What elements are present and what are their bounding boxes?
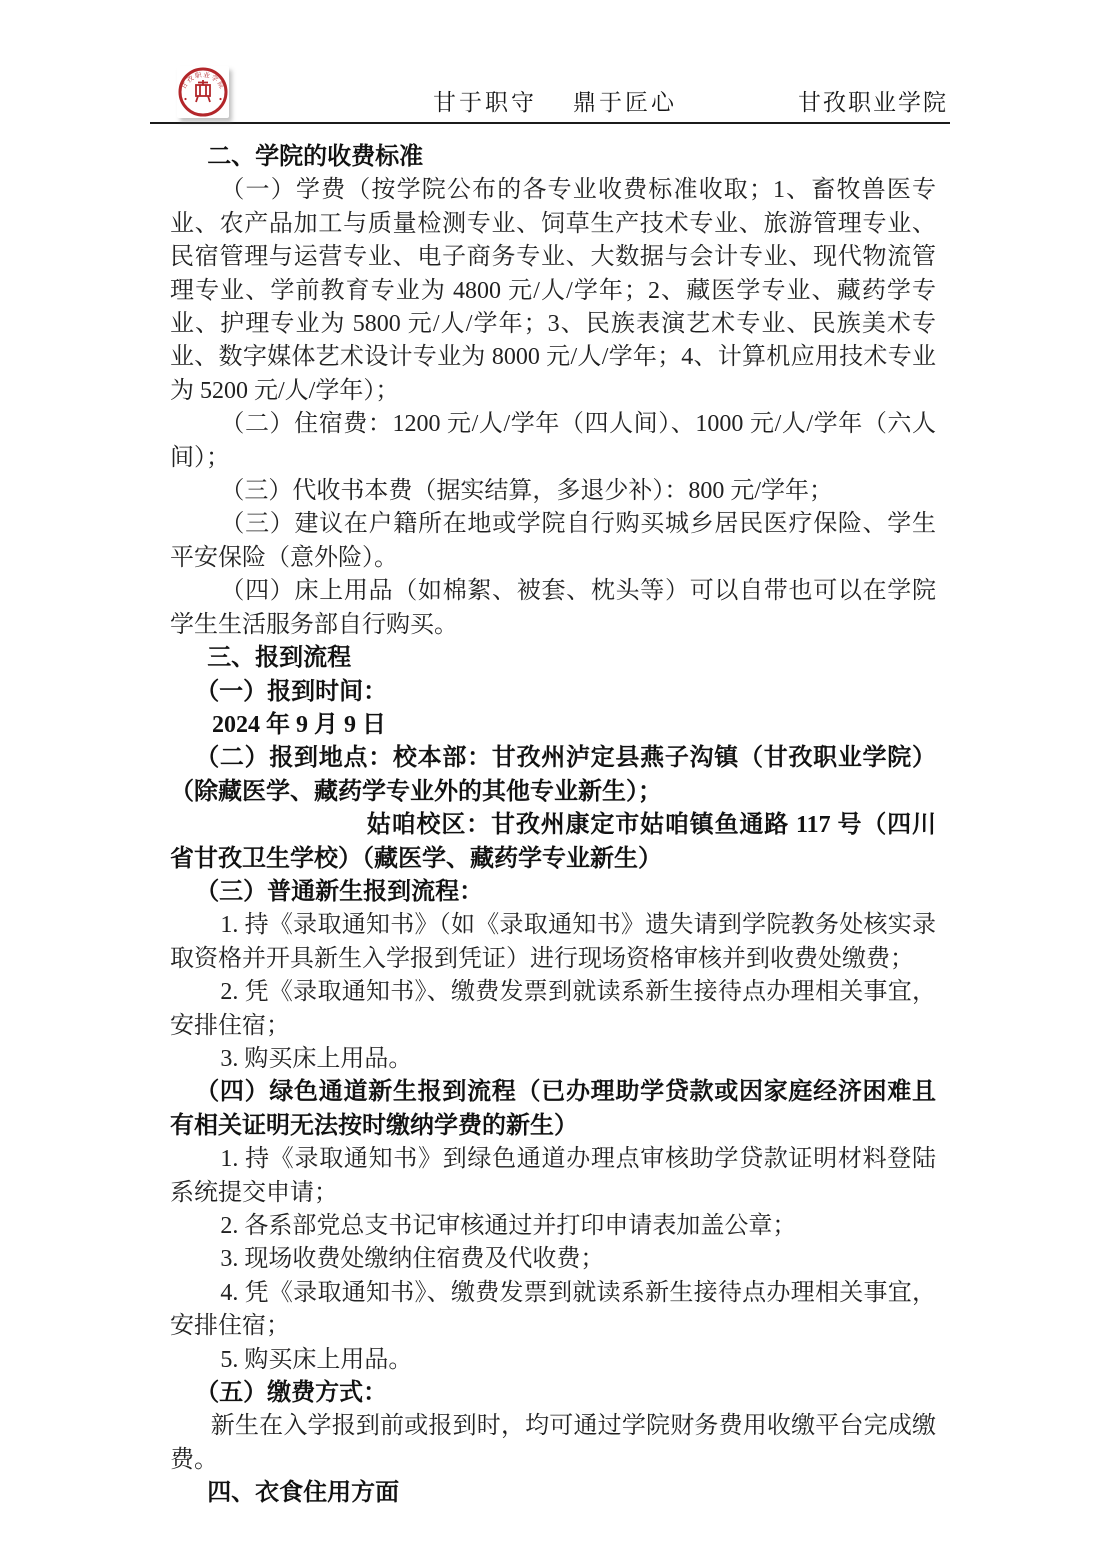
paragraph: 3. 现场收费处缴纳住宿费及代收费； (170, 1243, 936, 1276)
paragraph: （五）缴费方式： (170, 1377, 936, 1410)
paragraph: （四）床上用品（如棉絮、被套、枕头等）可以自带也可以在学院学生生活服务部自行购买… (170, 575, 936, 642)
paragraph: （二）住宿费：1200 元/人/学年（四人间）、1000 元/人/学年（六人间）… (170, 408, 936, 475)
motto-right: 鼎于匠心 (573, 84, 677, 117)
paragraph: 2. 各系部党总支书记审核通过并打印申请表加盖公章； (170, 1210, 936, 1243)
school-seal-logo: 甘孜职业学院 (177, 66, 229, 118)
paragraph: 二、学院的收费标准 (170, 141, 936, 174)
paragraph: （二）报到地点：校本部：甘孜州泸定县燕子沟镇（甘孜职业学院）（除藏医学、藏药学专… (170, 742, 936, 809)
paragraph: 4. 凭《录取通知书》、缴费发票到就读系新生接待点办理相关事宜，安排住宿； (170, 1277, 936, 1344)
paragraph: （一）学费（按学院公布的各专业收费标准收取；1、畜牧兽医专业、农产品加工与质量检… (170, 174, 936, 408)
page-header: 甘孜职业学院 甘于职守 鼎于匠心 甘孜职业学院 (150, 60, 950, 124)
paragraph: 2024 年 9 月 9 日 (170, 709, 936, 742)
paragraph: 3. 购买床上用品。 (170, 1043, 936, 1076)
school-seal-icon: 甘孜职业学院 (177, 66, 229, 118)
motto-gap (537, 84, 573, 117)
paragraph: （三）普通新生报到流程： (170, 876, 936, 909)
paragraph: 四、衣食住用方面 (170, 1477, 936, 1510)
header-school-name: 甘孜职业学院 (798, 84, 948, 117)
paragraph: 1. 持《录取通知书》到绿色通道办理点审核助学贷款证明材料登陆系统提交申请； (170, 1143, 936, 1210)
header-motto: 甘于职守 鼎于匠心 (433, 84, 677, 117)
paragraph: 1. 持《录取通知书》（如《录取通知书》遗失请到学院教务处核实录取资格并开具新生… (170, 909, 936, 976)
paragraph: 新生在入学报到前或报到时，均可通过学院财务费用收缴平台完成缴费。 (170, 1410, 936, 1477)
paragraph: 三、报到流程 (170, 642, 936, 675)
document-body: 二、学院的收费标准（一）学费（按学院公布的各专业收费标准收取；1、畜牧兽医专业、… (170, 141, 936, 1511)
paragraph: 5. 购买床上用品。 (170, 1344, 936, 1377)
paragraph: 姑咱校区：甘孜州康定市姑咱镇鱼通路 117 号（四川省甘孜卫生学校）（藏医学、藏… (170, 809, 936, 876)
paragraph: （三）代收书本费（据实结算，多退少补）：800 元/学年； (170, 475, 936, 508)
paragraph: （三）建议在户籍所在地或学院自行购买城乡居民医疗保险、学生平安保险（意外险）。 (170, 508, 936, 575)
motto-left: 甘于职守 (433, 84, 537, 117)
paragraph: 2. 凭《录取通知书》、缴费发票到就读系新生接待点办理相关事宜，安排住宿； (170, 976, 936, 1043)
document-page: 甘孜职业学院 甘于职守 鼎于匠心 甘孜职业学院 二 (0, 0, 1102, 1559)
paragraph: （一）报到时间： (170, 676, 936, 709)
paragraph: （四）绿色通道新生报到流程（已办理助学贷款或因家庭经济困难且有相关证明无法按时缴… (170, 1076, 936, 1143)
